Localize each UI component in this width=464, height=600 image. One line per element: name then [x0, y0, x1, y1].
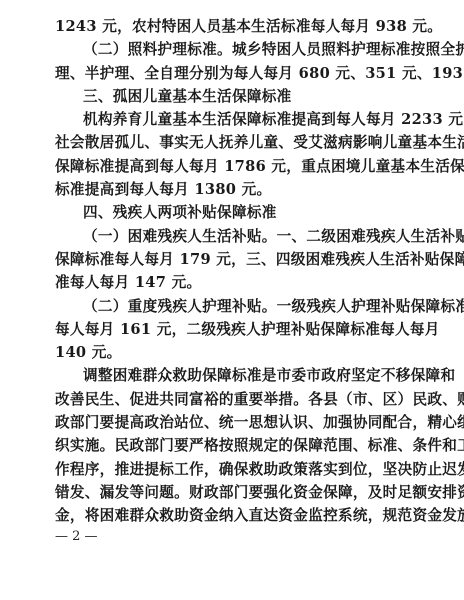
- paragraph-line: 1243 元，农村特困人员基本生活标准每人每月 938 元。: [55, 15, 411, 38]
- paragraph-line: 金，将困难群众救助资金纳入直达资金监控系统，规范资金发放: [55, 504, 411, 527]
- section-heading-children: 三、孤困儿童基本生活保障标准: [55, 85, 411, 108]
- paragraph-line: 政部门要提高政治站位、统一思想认识、加强协同配合，精心组: [55, 411, 411, 434]
- paragraph-line: 织实施。民政部门要严格按照规定的保障范围、标准、条件和工: [55, 434, 411, 457]
- paragraph-line: 理、半护理、全自理分别为每人每月 680 元、351 元、193 元。: [55, 62, 411, 85]
- paragraph-line: 140 元。: [55, 341, 411, 364]
- page-number: — 2 —: [55, 527, 98, 547]
- paragraph-line: 调整困难群众救助保障标准是市委市政府坚定不移保障和: [55, 364, 411, 387]
- paragraph-line: 保障标准每人每月 179 元，三、四级困难残疾人生活补贴保障标: [55, 248, 411, 271]
- paragraph-line: 错发、漏发等问题。财政部门要强化资金保障，及时足额安排资: [55, 481, 411, 504]
- paragraph-line: 机构养育儿童基本生活保障标准提高到每人每月 2233 元，: [55, 108, 411, 131]
- subsection-care-standard: （二）照料护理标准。城乡特困人员照料护理标准按照全护: [55, 38, 411, 61]
- paragraph-line: 社会散居孤儿、事实无人抚养儿童、受艾滋病影响儿童基本生活: [55, 131, 411, 154]
- paragraph-line: 改善民生、促进共同富裕的重要举措。各县（市、区）民政、财: [55, 388, 411, 411]
- subsection-nursing-subsidy: （二）重度残疾人护理补贴。一级残疾人护理补贴保障标准: [55, 295, 411, 318]
- paragraph-line: 标准提高到每人每月 1380 元。: [55, 178, 411, 201]
- section-heading-disability: 四、残疾人两项补贴保障标准: [55, 201, 411, 224]
- paragraph-line: 保障标准提高到每人每月 1786 元，重点困境儿童基本生活保障: [55, 155, 411, 178]
- paragraph-line: 准每人每月 147 元。: [55, 271, 411, 294]
- document-page: 1243 元，农村特困人员基本生活标准每人每月 938 元。 （二）照料护理标准…: [55, 15, 411, 528]
- paragraph-line: 每人每月 161 元，二级残疾人护理补贴保障标准每人每月: [55, 318, 411, 341]
- subsection-living-subsidy: （一）困难残疾人生活补贴。一、二级困难残疾人生活补贴: [55, 225, 411, 248]
- paragraph-line: 作程序，推进提标工作，确保救助政策落实到位，坚决防止迟发、: [55, 458, 411, 481]
